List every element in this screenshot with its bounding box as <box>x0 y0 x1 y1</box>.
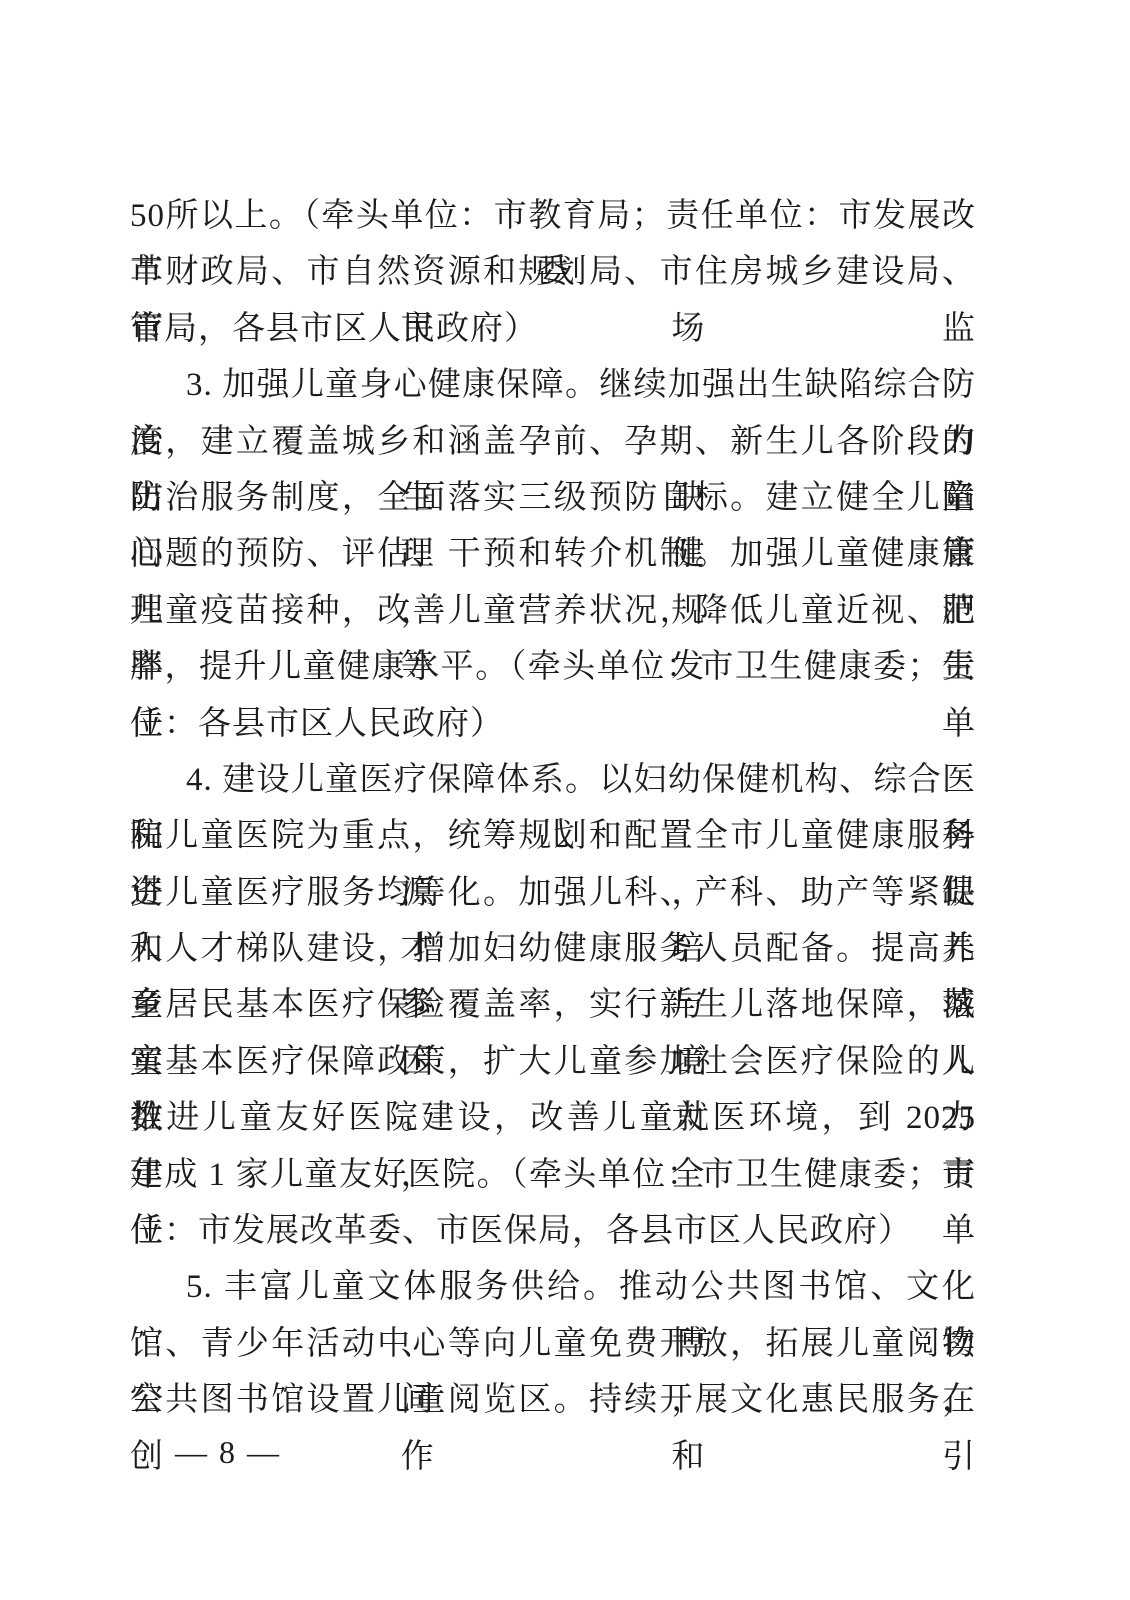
body-text-line: 度，建立覆盖城乡和涵盖孕前、孕期、新生儿各阶段的出生缺陷 <box>130 414 976 470</box>
body-text-line: 进儿童医疗服务均等化。加强儿科、产科、助产等紧缺人才培养 <box>130 865 976 921</box>
body-text-line: 问题的预防、评估、干预和转介机制。加强儿童健康管理，规范 <box>130 526 976 582</box>
body-text-line: 童基本医疗保障政策，扩大儿童参加社会医疗保险的人数。大力 <box>130 1034 976 1090</box>
body-text-line: 建成 1 家儿童友好医院。（牵头单位：市卫生健康委；责任单 <box>130 1147 976 1203</box>
body-text-line: 5. 丰富儿童文体服务供给。推动公共图书馆、文化馆、博物 <box>130 1259 976 1315</box>
document-page: 50所以上。（牵头单位：市教育局；责任单位：市发展改革委、 市财政局、市自然资源… <box>0 0 1130 1600</box>
body-text-line: 率，提升儿童健康水平。（牵头单位：市卫生健康委；责任单 <box>130 639 976 695</box>
body-text-line: 推进儿童友好医院建设，改善儿童就医环境，到 2025 年，全市 <box>130 1090 976 1146</box>
body-text-line: 和人才梯队建设，增加妇幼健康服务人员配备。提高儿童参与城 <box>130 921 976 977</box>
body-text-line: 50所以上。（牵头单位：市教育局；责任单位：市发展改革委、 <box>130 188 976 244</box>
body-text-line: 馆、青少年活动中心等向儿童免费开放，拓展儿童阅读空间，在 <box>130 1316 976 1372</box>
body-text-line: 儿童疫苗接种，改善儿童营养状况，降低儿童近视、肥胖等发生 <box>130 583 976 639</box>
body-text-line: 市财政局、市自然资源和规划局、市住房城乡建设局、市市场监 <box>130 244 976 300</box>
body-text-line: 和儿童医院为重点，统筹规划和配置全市儿童健康服务资源，促 <box>130 808 976 864</box>
body-text-line: 位：市发展改革委、市医保局，各县市区人民政府） <box>130 1203 976 1259</box>
page-number: — 8 — <box>175 1432 281 1472</box>
body-text-line: 乡居民基本医疗保险覆盖率，实行新生儿落地保障，落实困境儿 <box>130 977 976 1033</box>
body-text-line: 3. 加强儿童身心健康保障。继续加强出生缺陷综合防治力 <box>130 357 976 413</box>
body-text-block: 50所以上。（牵头单位：市教育局；责任单位：市发展改革委、 市财政局、市自然资源… <box>130 188 976 1429</box>
body-text-line: 防治服务制度，全面落实三级预防目标。建立健全儿童心理健康 <box>130 470 976 526</box>
body-text-line: 公共图书馆设置儿童阅览区。持续开展文化惠民服务，创作和引 <box>130 1372 976 1428</box>
body-text-line: 4. 建设儿童医疗保障体系。以妇幼保健机构、综合医院儿科 <box>130 752 976 808</box>
